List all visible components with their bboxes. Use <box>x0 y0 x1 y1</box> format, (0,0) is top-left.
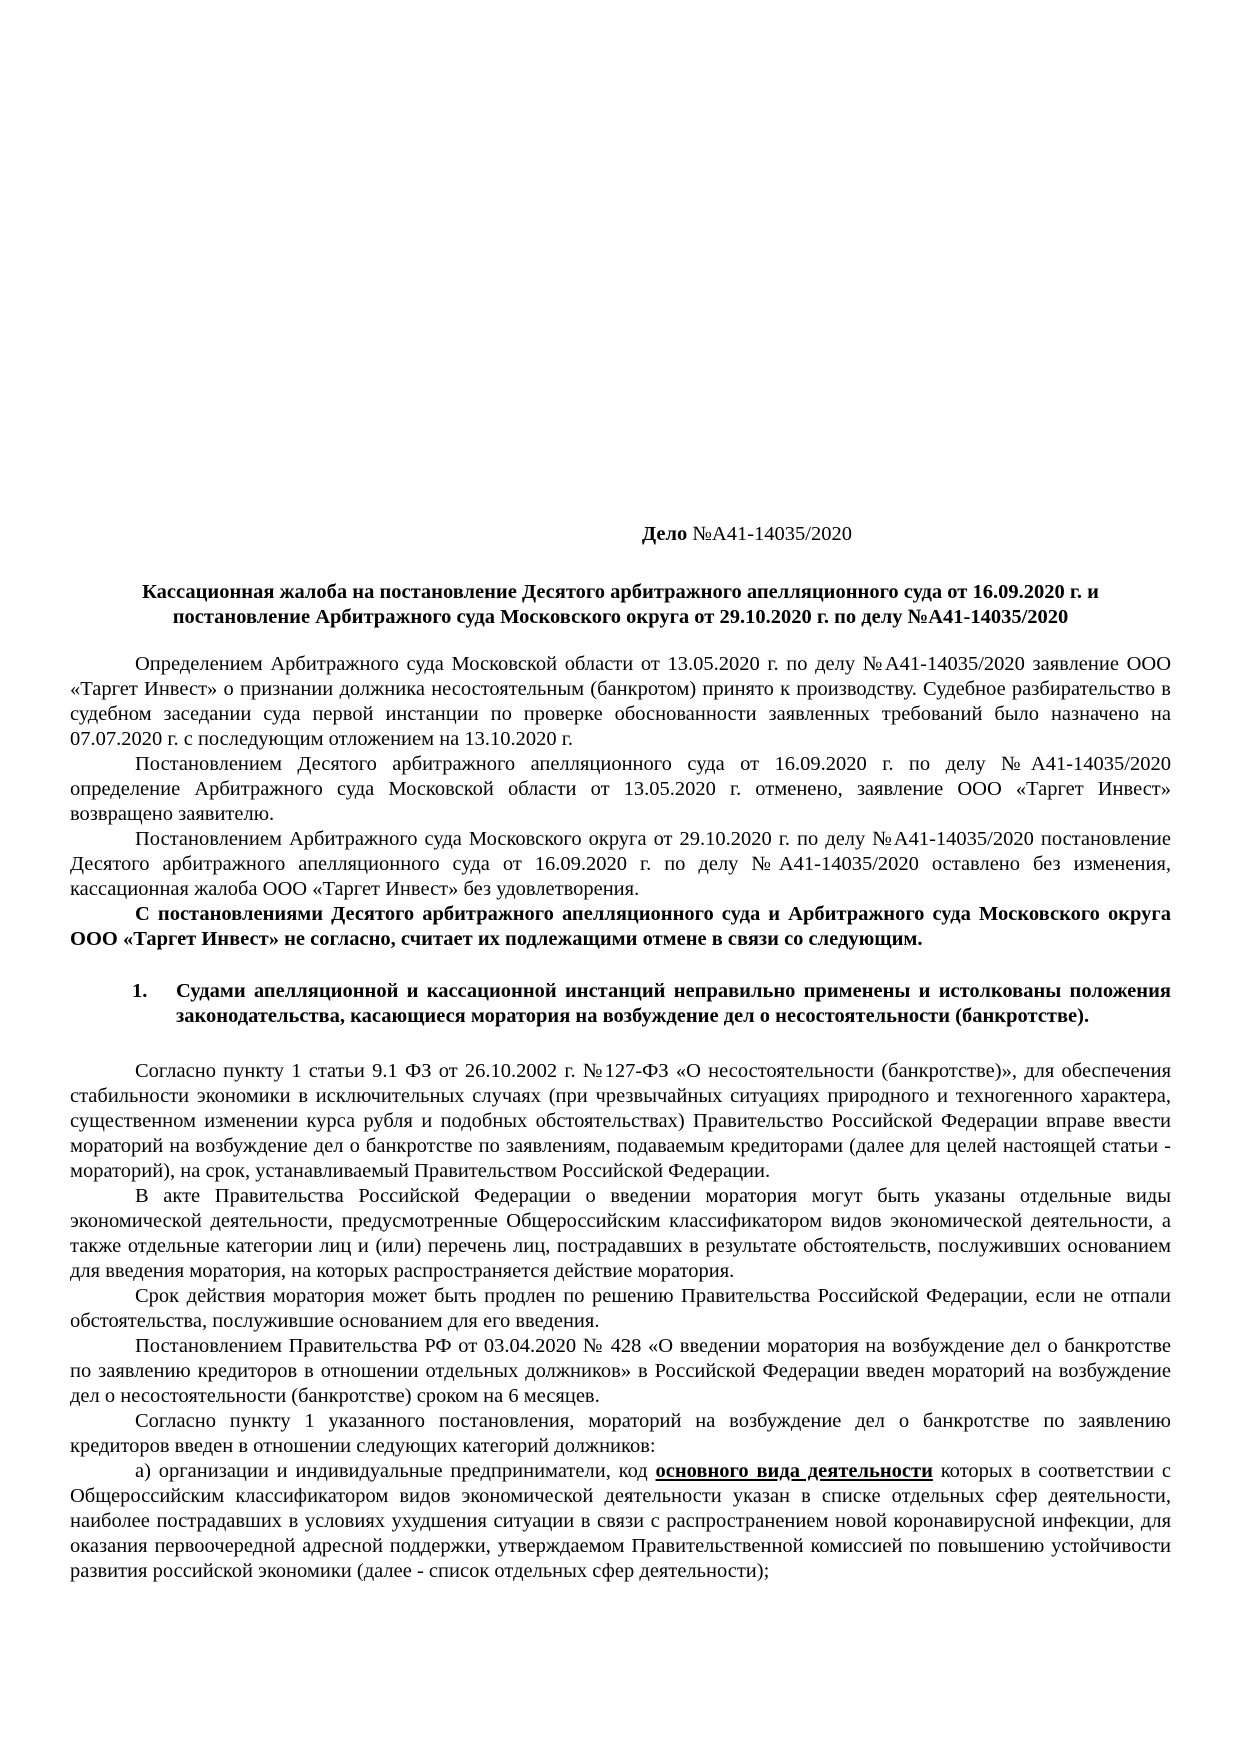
case-number-label: Дело <box>642 523 687 545</box>
intro-paragraph-4-disagreement: С постановлениями Десятого арбитражного … <box>70 902 1171 952</box>
intro-paragraph-1: Определением Арбитражного суда Московско… <box>70 652 1171 752</box>
body-paragraph-1: Согласно пункту 1 статьи 9.1 ФЗ от 26.10… <box>70 1059 1171 1184</box>
subitem-a-text-before: а) организации и индивидуальные предприн… <box>135 1460 656 1482</box>
section-1-text: Судами апелляционной и кассационной инст… <box>176 980 1171 1027</box>
subitem-a-emphasized-phrase: основного вида деятельности <box>656 1460 933 1482</box>
case-number-line: Дело №А41-14035/2020 <box>70 522 1171 547</box>
document-title: Кассационная жалоба на постановление Дес… <box>70 580 1171 630</box>
body-paragraph-2: В акте Правительства Российской Федераци… <box>70 1184 1171 1284</box>
case-number-value: №А41-14035/2020 <box>687 523 852 545</box>
section-1-number: 1. <box>132 979 147 1004</box>
document-page: Дело №А41-14035/2020 Кассационная жалоба… <box>0 0 1241 1754</box>
body-paragraph-5: Согласно пункту 1 указанного постановлен… <box>70 1409 1171 1459</box>
body-paragraph-4: Постановлением Правительства РФ от 03.04… <box>70 1334 1171 1409</box>
intro-paragraph-3: Постановлением Арбитражного суда Московс… <box>70 827 1171 902</box>
intro-paragraph-2: Постановлением Десятого арбитражного апе… <box>70 752 1171 827</box>
body-paragraph-3: Срок действия моратория может быть продл… <box>70 1284 1171 1334</box>
section-1-heading: 1.Судами апелляционной и кассационной ин… <box>176 979 1171 1029</box>
body-paragraph-6-subitem-a: а) организации и индивидуальные предприн… <box>70 1459 1171 1584</box>
